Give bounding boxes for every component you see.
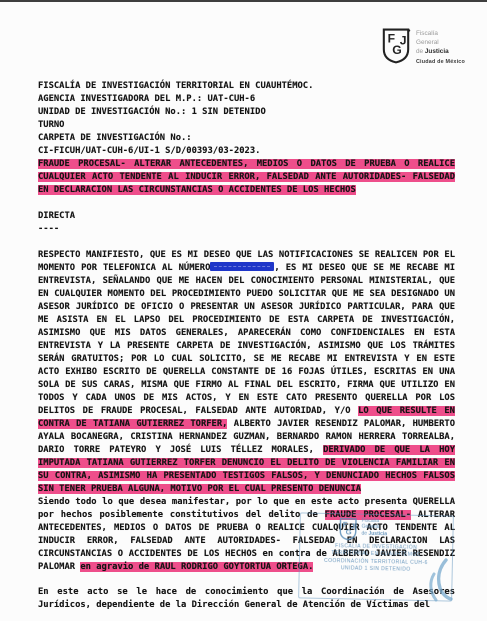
case-header: FISCALÍA DE INVESTIGACIÓN TERRITORIAL EN… [38,80,455,158]
header-line: FISCALÍA DE INVESTIGACIÓN TERRITORIAL EN… [38,80,455,93]
fgj-shield-icon: F G J [381,27,411,64]
section-title-directa: DIRECTA [38,210,455,223]
logo-org-line: Fiscalía [416,30,465,39]
crime-classification-banner: FRAUDE PROCESAL- ALTERAR ANTECEDENTES, M… [38,158,455,197]
text-segment: En este acto se le hace de conocimiento … [38,587,455,610]
trademark-dot [408,29,410,31]
scanned-legal-document-page: { "colors": { "paper": "#fcfcfc", "ink":… [0,0,487,621]
querella-paragraph: Siendo todo lo que desea manifestar, por… [38,496,455,574]
header-line: AGENCIA INVESTIGADORA DEL M.P.: UAT-CUH-… [38,93,455,106]
document-body: FISCALÍA DE INVESTIGACIÓN TERRITORIAL EN… [38,80,455,612]
logo-org-line-prefix: de [416,48,425,55]
text-segment: , ES MI DESEO QUE SE ME RECABE MI ENTREV… [38,263,455,416]
notice-paragraph: En este acto se le hace de conocimiento … [38,586,455,612]
highlighted-text: FRAUDE PROCESAL- ALTERAR ANTECEDENTES, M… [38,159,455,195]
highlighted-text: en agravio de RAUL RODRIGO GOYTORTUA ORT… [80,562,313,572]
logo-org-line: de Justicia [416,48,465,57]
header-line: CARPETA DE INVESTIGACIÓN No.: [38,132,455,145]
logo-org-line: General [416,39,465,48]
logo-org-line-bold: Justicia [425,48,449,55]
redacted-phone-number [210,262,274,271]
logo-city-name: Ciudad de México [416,59,465,66]
header-line: UNIDAD DE INVESTIGACIÓN No.: 1 SIN DETEN… [38,106,455,119]
page-top-border [0,0,487,2]
header-line: CI-FICUH/UAT-CUH-6/UI-1 S/D/00393/03-202… [38,145,455,158]
monogram-letter-j: J [400,34,407,48]
statement-paragraph: RESPECTO MANIFIESTO, QUE ES MI DESEO QUE… [38,249,455,496]
fgj-logo: F G J Fiscalía General de Justicia Ciuda… [381,27,465,67]
logo-wordmark: Fiscalía General de Justicia Ciudad de M… [416,27,465,67]
section-underline: ---- [38,223,455,236]
highlighted-text: FRAUDE PROCESAL- [325,510,411,520]
header-line: TURNO [38,119,455,132]
